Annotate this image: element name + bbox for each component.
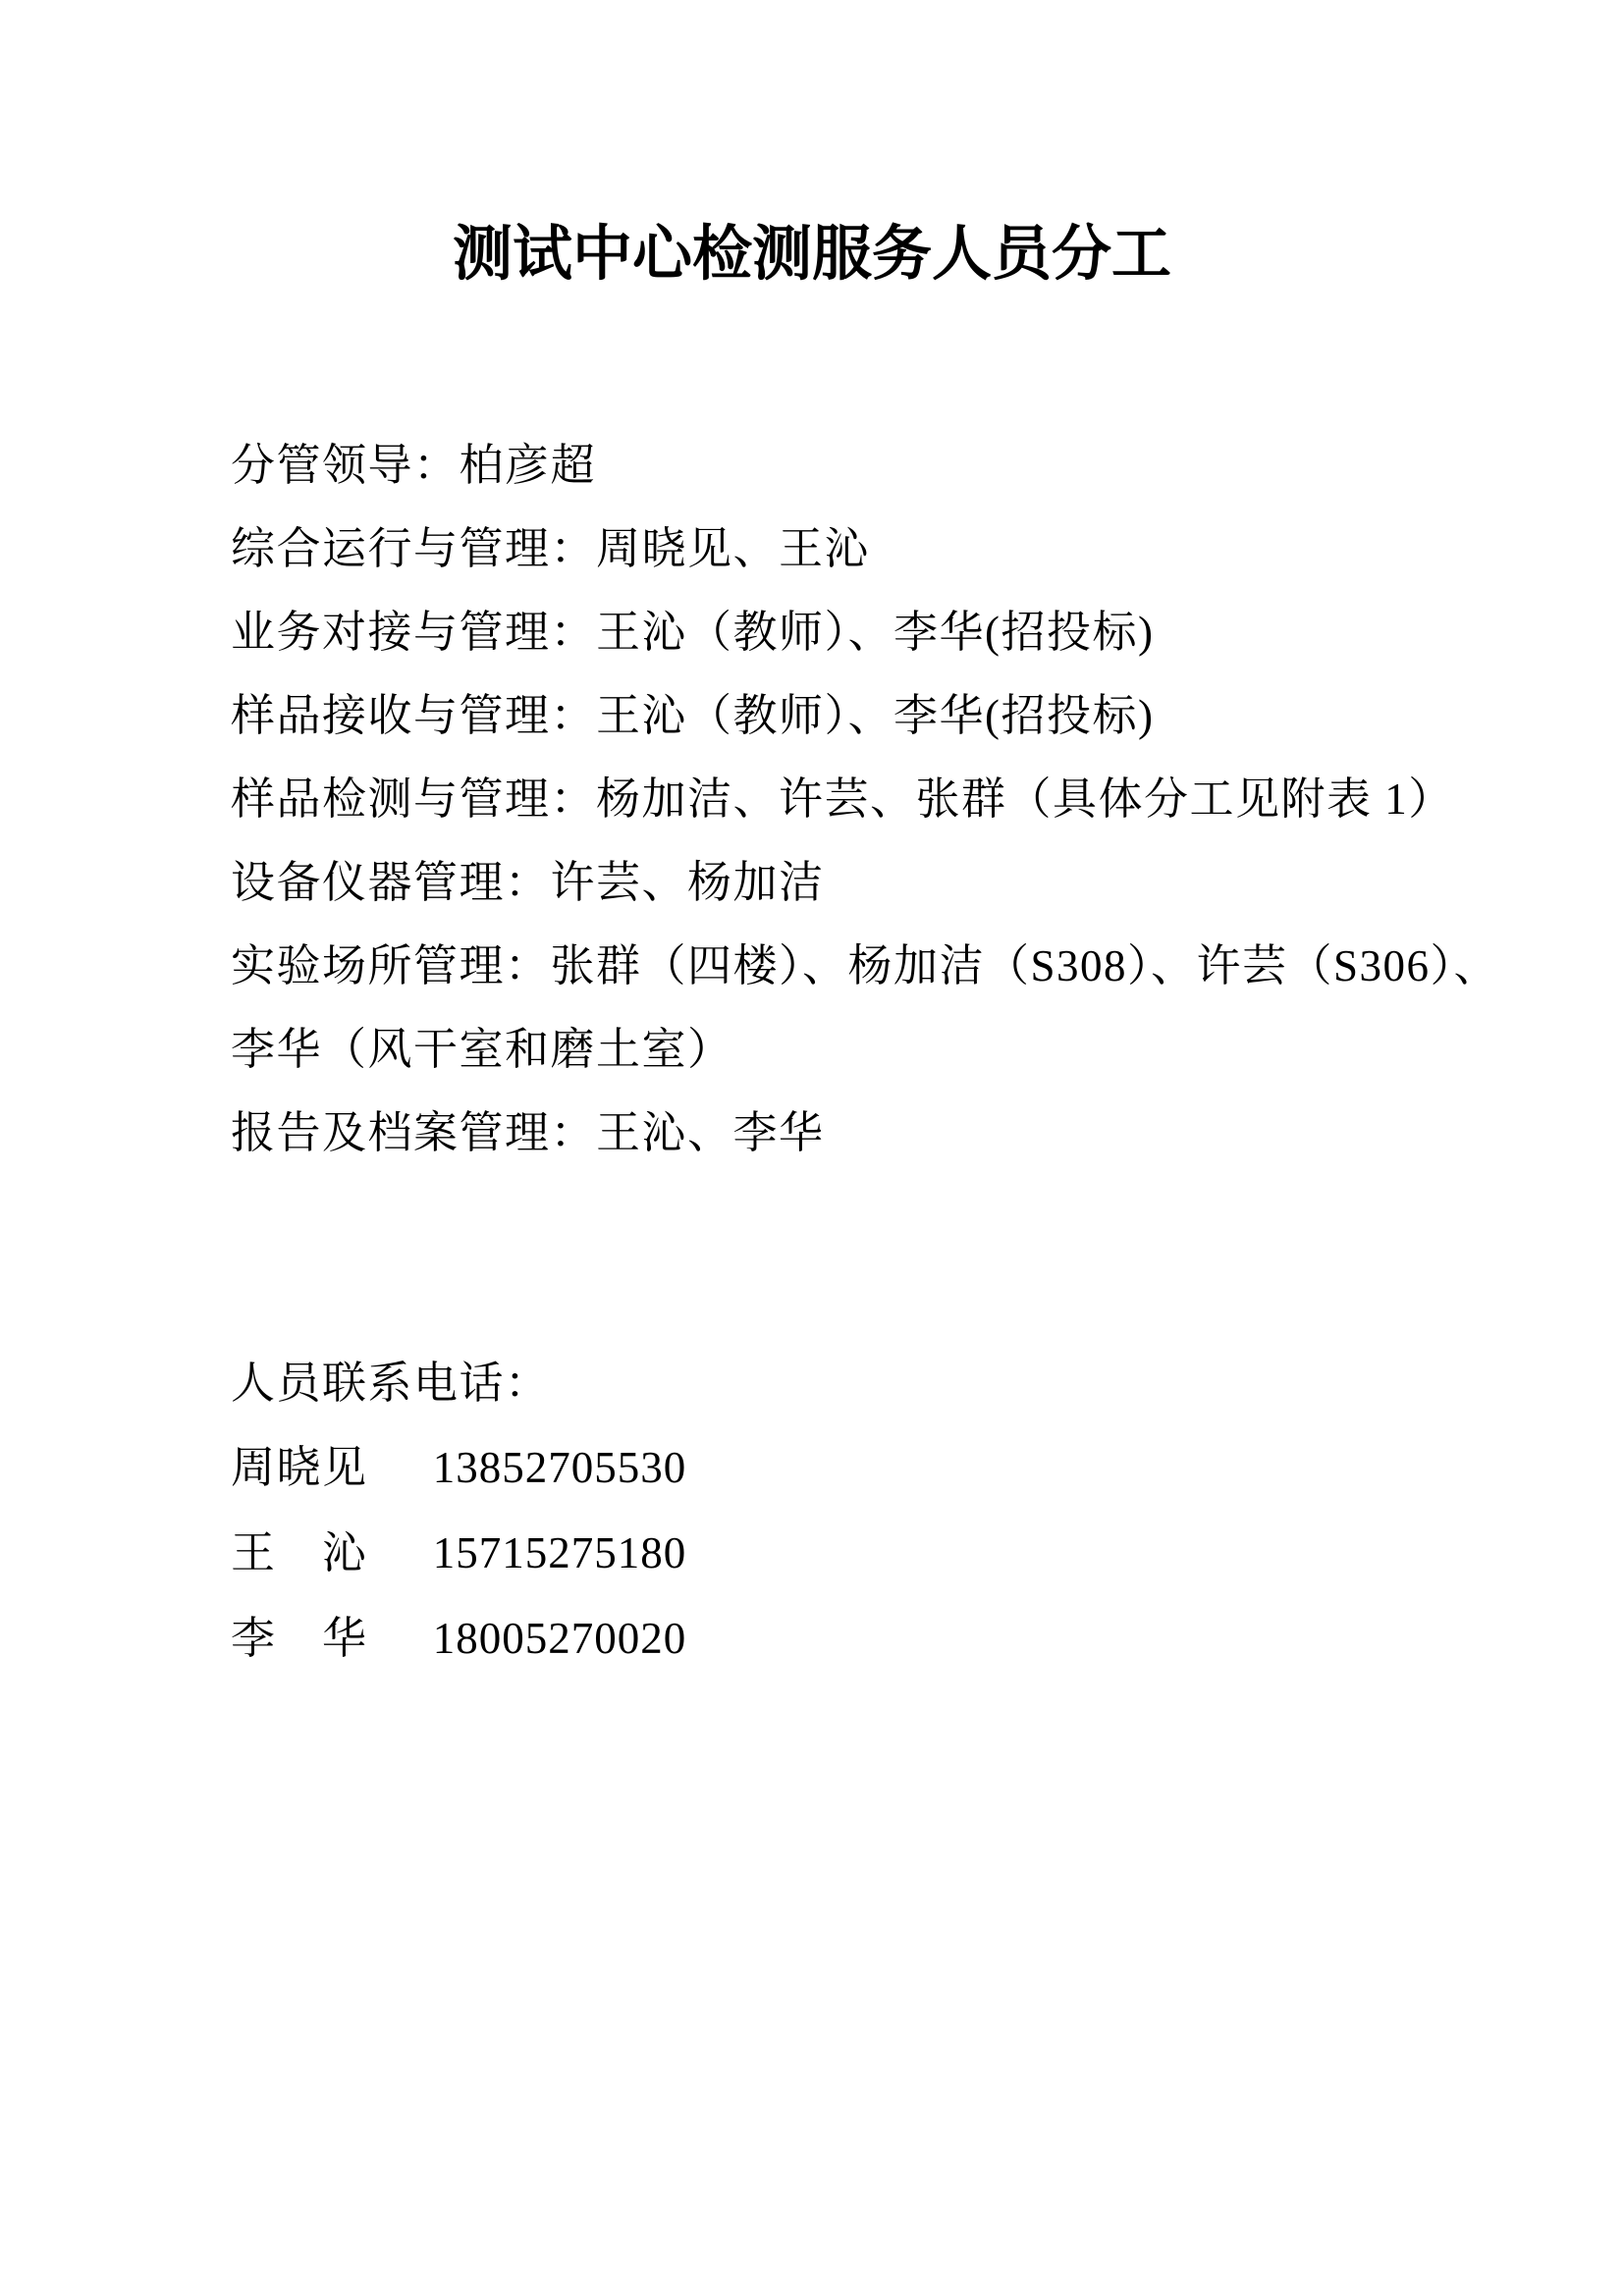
contact-row: 李 华 18005270020 [231, 1596, 1447, 1682]
paragraph-equipment-management: 设备仪器管理：许芸、杨加洁 [231, 841, 1447, 925]
document-page: 测试中心检测服务人员分工 分管领导：柏彦超 综合运行与管理：周晓见、王沁 业务对… [0, 0, 1624, 2296]
paragraph-leader: 分管领导：柏彦超 [231, 424, 1447, 507]
contacts-section: 人员联系电话： 周晓见 13852705530 王 沁 15715275180 … [231, 1342, 1447, 1682]
document-body: 分管领导：柏彦超 综合运行与管理：周晓见、王沁 业务对接与管理：王沁（教师）、李… [231, 424, 1447, 1682]
paragraph-report-archive-management: 报告及档案管理：王沁、李华 [231, 1092, 1447, 1175]
paragraph-lab-site-management-line2: 李华（风干室和磨土室） [231, 1008, 1447, 1092]
contact-phone: 18005270020 [433, 1596, 687, 1682]
contact-phone: 15715275180 [433, 1511, 687, 1596]
contacts-heading: 人员联系电话： [231, 1342, 1447, 1425]
paragraph-operations-management: 综合运行与管理：周晓见、王沁 [231, 507, 1447, 591]
paragraph-sample-testing: 样品检测与管理：杨加洁、许芸、张群（具体分工见附表 1） [231, 758, 1447, 841]
paragraph-lab-site-management-line1: 实验场所管理：张群（四楼）、杨加洁（S308）、许芸（S306）、 [231, 925, 1447, 1008]
contact-name: 王 沁 [231, 1511, 420, 1596]
contact-row: 周晓见 13852705530 [231, 1425, 1447, 1511]
contact-name: 周晓见 [231, 1425, 420, 1511]
paragraph-sample-reception: 样品接收与管理：王沁（教师）、李华(招投标) [231, 674, 1447, 758]
document-title: 测试中心检测服务人员分工 [0, 0, 1624, 294]
paragraph-business-liaison: 业务对接与管理：王沁（教师）、李华(招投标) [231, 591, 1447, 674]
contact-phone: 13852705530 [433, 1425, 687, 1511]
contact-name: 李 华 [231, 1596, 420, 1682]
contact-row: 王 沁 15715275180 [231, 1511, 1447, 1596]
